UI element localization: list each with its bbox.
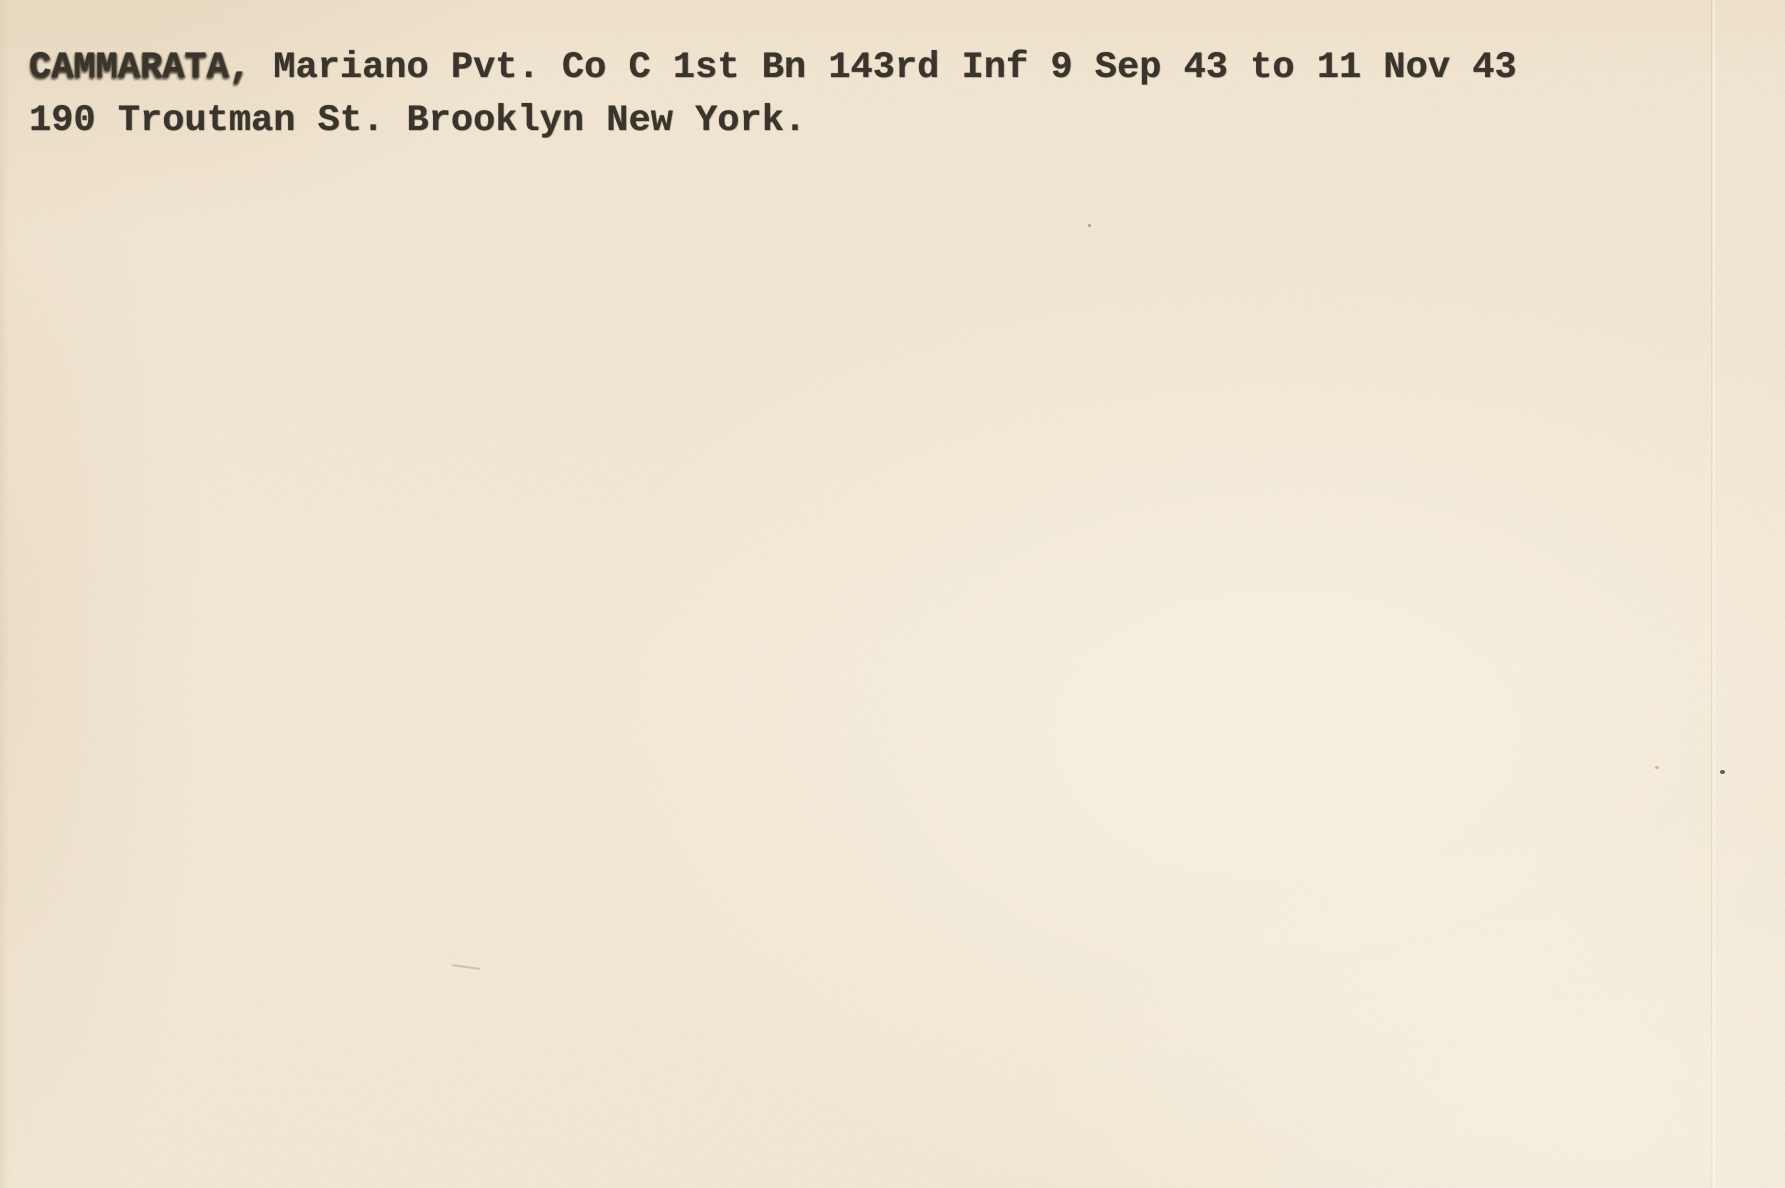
index-card: CAMMARATA, Mariano Pvt. Co C 1st Bn 143r… [0, 0, 1785, 1188]
record-line-1-rest: Mariano Pvt. Co C 1st Bn 143rd Inf 9 Sep… [251, 47, 1517, 89]
record-surname: CAMMARATA, [29, 47, 251, 89]
typed-text-block: CAMMARATA, Mariano Pvt. Co C 1st Bn 143r… [29, 42, 1517, 148]
paper-speck [1655, 766, 1659, 769]
scan-edge-shadow [0, 0, 10, 1188]
paper-crease-highlight [1713, 0, 1715, 1188]
record-address: 190 Troutman St. Brooklyn New York. [29, 100, 806, 142]
record-line-2: 190 Troutman St. Brooklyn New York. [29, 95, 1517, 148]
paper-speck [1088, 224, 1091, 227]
paper-fiber-mark [452, 964, 480, 970]
paper-grain-texture [0, 0, 1785, 1188]
paper-speck [1720, 770, 1725, 774]
record-line-1: CAMMARATA, Mariano Pvt. Co C 1st Bn 143r… [29, 42, 1517, 95]
paper-crease [1711, 0, 1712, 1188]
